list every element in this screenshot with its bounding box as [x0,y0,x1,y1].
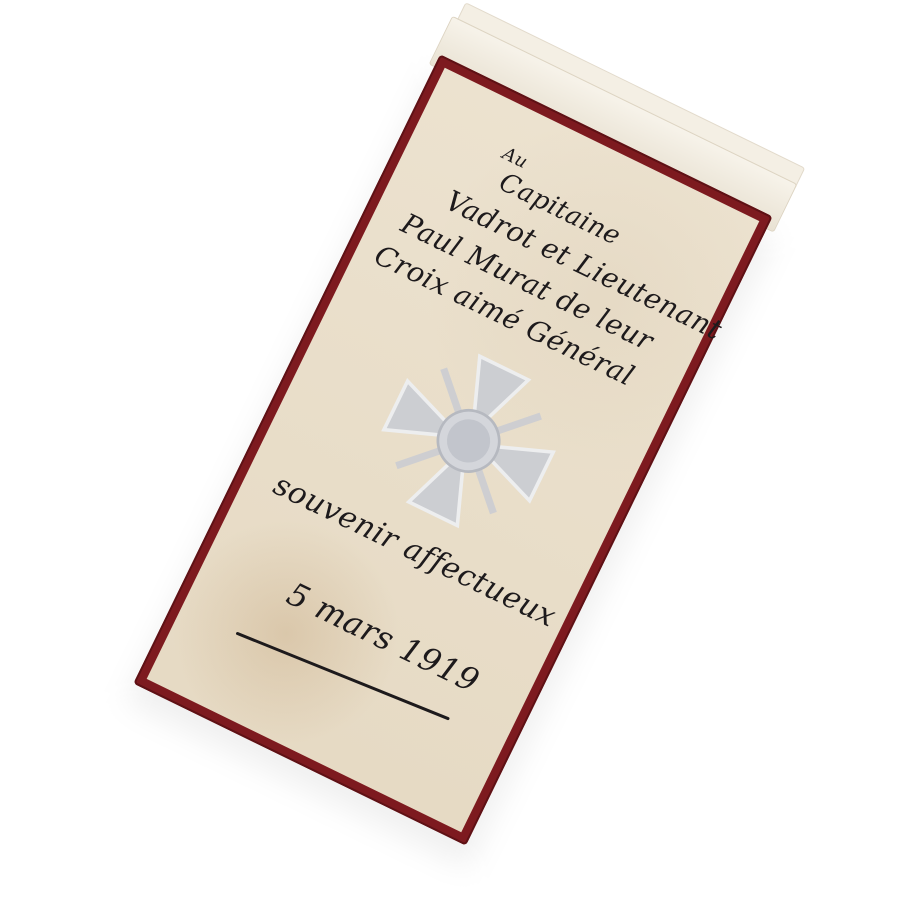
inscription-date: 5 mars 1919 [281,575,485,701]
medal-case: Au Capitaine Vadrot et Lieutenant Paul M… [133,54,772,845]
photo-scene: Au Capitaine Vadrot et Lieutenant Paul M… [0,0,900,900]
case-red-frame: Au Capitaine Vadrot et Lieutenant Paul M… [133,54,772,845]
inscription-line: Au [499,143,531,173]
